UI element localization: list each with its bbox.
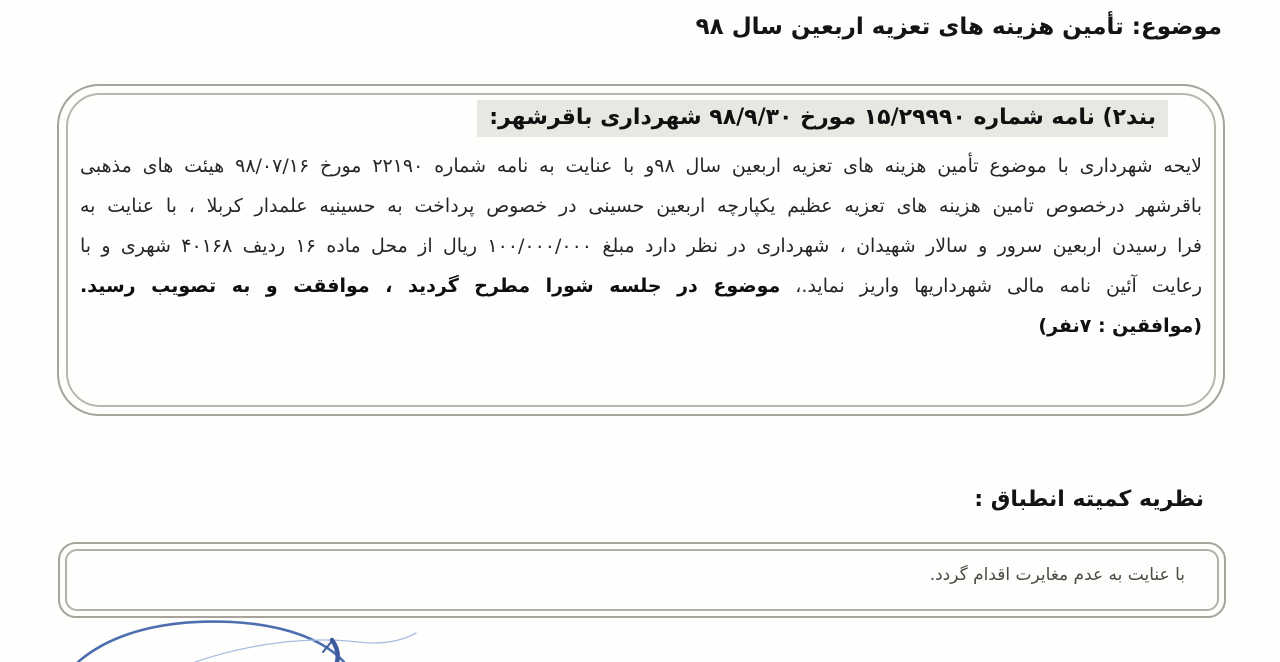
subject-title: موضوع: تأمین هزینه های تعزیه اربعین سال … bbox=[696, 14, 1222, 40]
pen-signature-icon bbox=[60, 616, 420, 662]
compliance-note-box: با عنایت به عدم مغایرت اقدام گردد. bbox=[58, 542, 1226, 618]
body-line: باقرشهر درخصوص تامین هزینه های تعزیه عظی… bbox=[80, 186, 1202, 226]
resolution-body: لایحه شهرداری با موضوع تأمین هزینه های ت… bbox=[80, 146, 1202, 346]
approval-statement: موضوع در جلسه شورا مطرح گردید ، موافقت و… bbox=[80, 275, 780, 297]
resolution-box: بند۲) نامه شماره ۱۵/۲۹۹۹۰ مورخ ۹۸/۹/۳۰ ش… bbox=[57, 84, 1225, 416]
resolution-header-row: بند۲) نامه شماره ۱۵/۲۹۹۹۰ مورخ ۹۸/۹/۳۰ ش… bbox=[68, 105, 1168, 130]
body-line: فرا رسیدن اربعین سرور و سالار شهیدان ، ش… bbox=[80, 226, 1202, 266]
resolution-box-inner-border: بند۲) نامه شماره ۱۵/۲۹۹۹۰ مورخ ۹۸/۹/۳۰ ش… bbox=[66, 93, 1216, 407]
body-line-with-decision: رعایت آئین نامه مالی شهرداریها واریز نما… bbox=[80, 266, 1202, 306]
scanned-council-resolution-page: موضوع: تأمین هزینه های تعزیه اربعین سال … bbox=[0, 0, 1280, 662]
compliance-note-text: با عنایت به عدم مغایرت اقدام گردد. bbox=[67, 565, 1185, 585]
compliance-note-box-inner-border: با عنایت به عدم مغایرت اقدام گردد. bbox=[65, 549, 1219, 611]
resolution-header-highlighted: بند۲) نامه شماره ۱۵/۲۹۹۹۰ مورخ ۹۸/۹/۳۰ ش… bbox=[477, 100, 1168, 137]
body-line: لایحه شهرداری با موضوع تأمین هزینه های ت… bbox=[80, 146, 1202, 186]
voters-count: (موافقین : ۷نفر) bbox=[80, 306, 1202, 346]
compliance-committee-heading: نظریه کمیته انطباق : bbox=[974, 487, 1204, 512]
body-line-regular-part: رعایت آئین نامه مالی شهرداریها واریز نما… bbox=[795, 275, 1202, 297]
